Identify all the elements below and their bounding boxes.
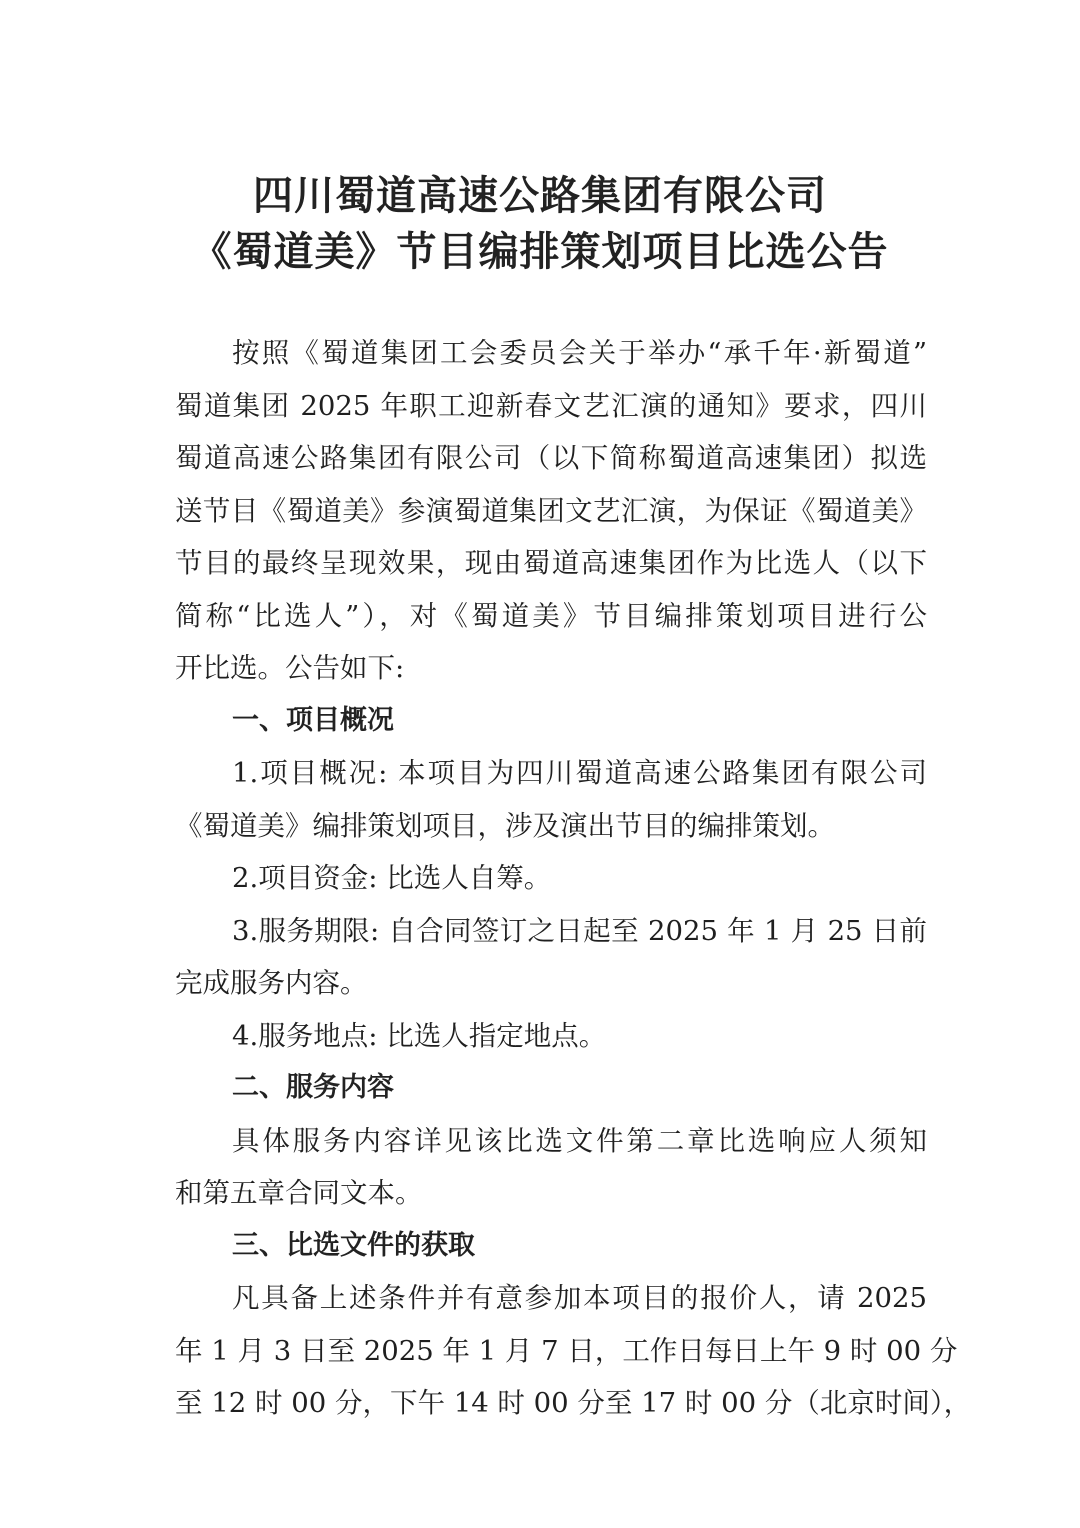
section-heading-document-acquisition: 三、比选文件的获取: [232, 1229, 475, 1263]
intro-line: 蜀道高速公路集团有限公司（以下简称蜀道高速集团）拟选: [175, 441, 927, 475]
section2-line: 具体服务内容详见该比选文件第二章比选响应人须知: [232, 1124, 927, 1158]
section1-line: 2.项目资金: 比选人自筹。: [232, 861, 927, 895]
section3-line: 至 12 时 00 分，下午 14 时 00 分至 17 时 00 分（北京时间…: [175, 1386, 927, 1420]
section3-line: 年 1 月 3 日至 2025 年 1 月 7 日，工作日每日上午 9 时 00…: [175, 1334, 927, 1368]
section-heading-project-overview: 一、项目概况: [232, 704, 394, 738]
document-page: 四川蜀道高速公路集团有限公司 《蜀道美》节目编排策划项目比选公告 按照《蜀道集团…: [0, 0, 1080, 1528]
section2-line: 和第五章合同文本。: [175, 1176, 927, 1210]
intro-line: 送节目《蜀道美》参演蜀道集团文艺汇演，为保证《蜀道美》: [175, 494, 927, 528]
section1-line: 1.项目概况: 本项目为四川蜀道高速公路集团有限公司: [232, 756, 927, 790]
document-title-line2: 《蜀道美》节目编排策划项目比选公告: [0, 220, 1080, 277]
intro-line: 开比选。公告如下:: [175, 651, 927, 685]
intro-line: 节目的最终呈现效果，现由蜀道高速集团作为比选人（以下: [175, 546, 927, 580]
section1-line: 《蜀道美》编排策划项目，涉及演出节目的编排策划。: [175, 809, 927, 843]
document-title-line1: 四川蜀道高速公路集团有限公司: [0, 164, 1080, 221]
section1-line: 4.服务地点: 比选人指定地点。: [232, 1019, 927, 1053]
intro-line: 蜀道集团 2025 年职工迎新春文艺汇演的通知》要求，四川: [175, 389, 927, 423]
section1-line: 3.服务期限: 自合同签订之日起至 2025 年 1 月 25 日前: [232, 914, 927, 948]
section-heading-service-content: 二、服务内容: [232, 1071, 394, 1105]
section3-line: 凡具备上述条件并有意参加本项目的报价人，请 2025: [232, 1281, 927, 1315]
intro-line: 按照《蜀道集团工会委员会关于举办“承千年·新蜀道”: [232, 336, 927, 370]
section1-line: 完成服务内容。: [175, 966, 927, 1000]
intro-line: 简称“比选人”），对《蜀道美》节目编排策划项目进行公: [175, 599, 927, 633]
